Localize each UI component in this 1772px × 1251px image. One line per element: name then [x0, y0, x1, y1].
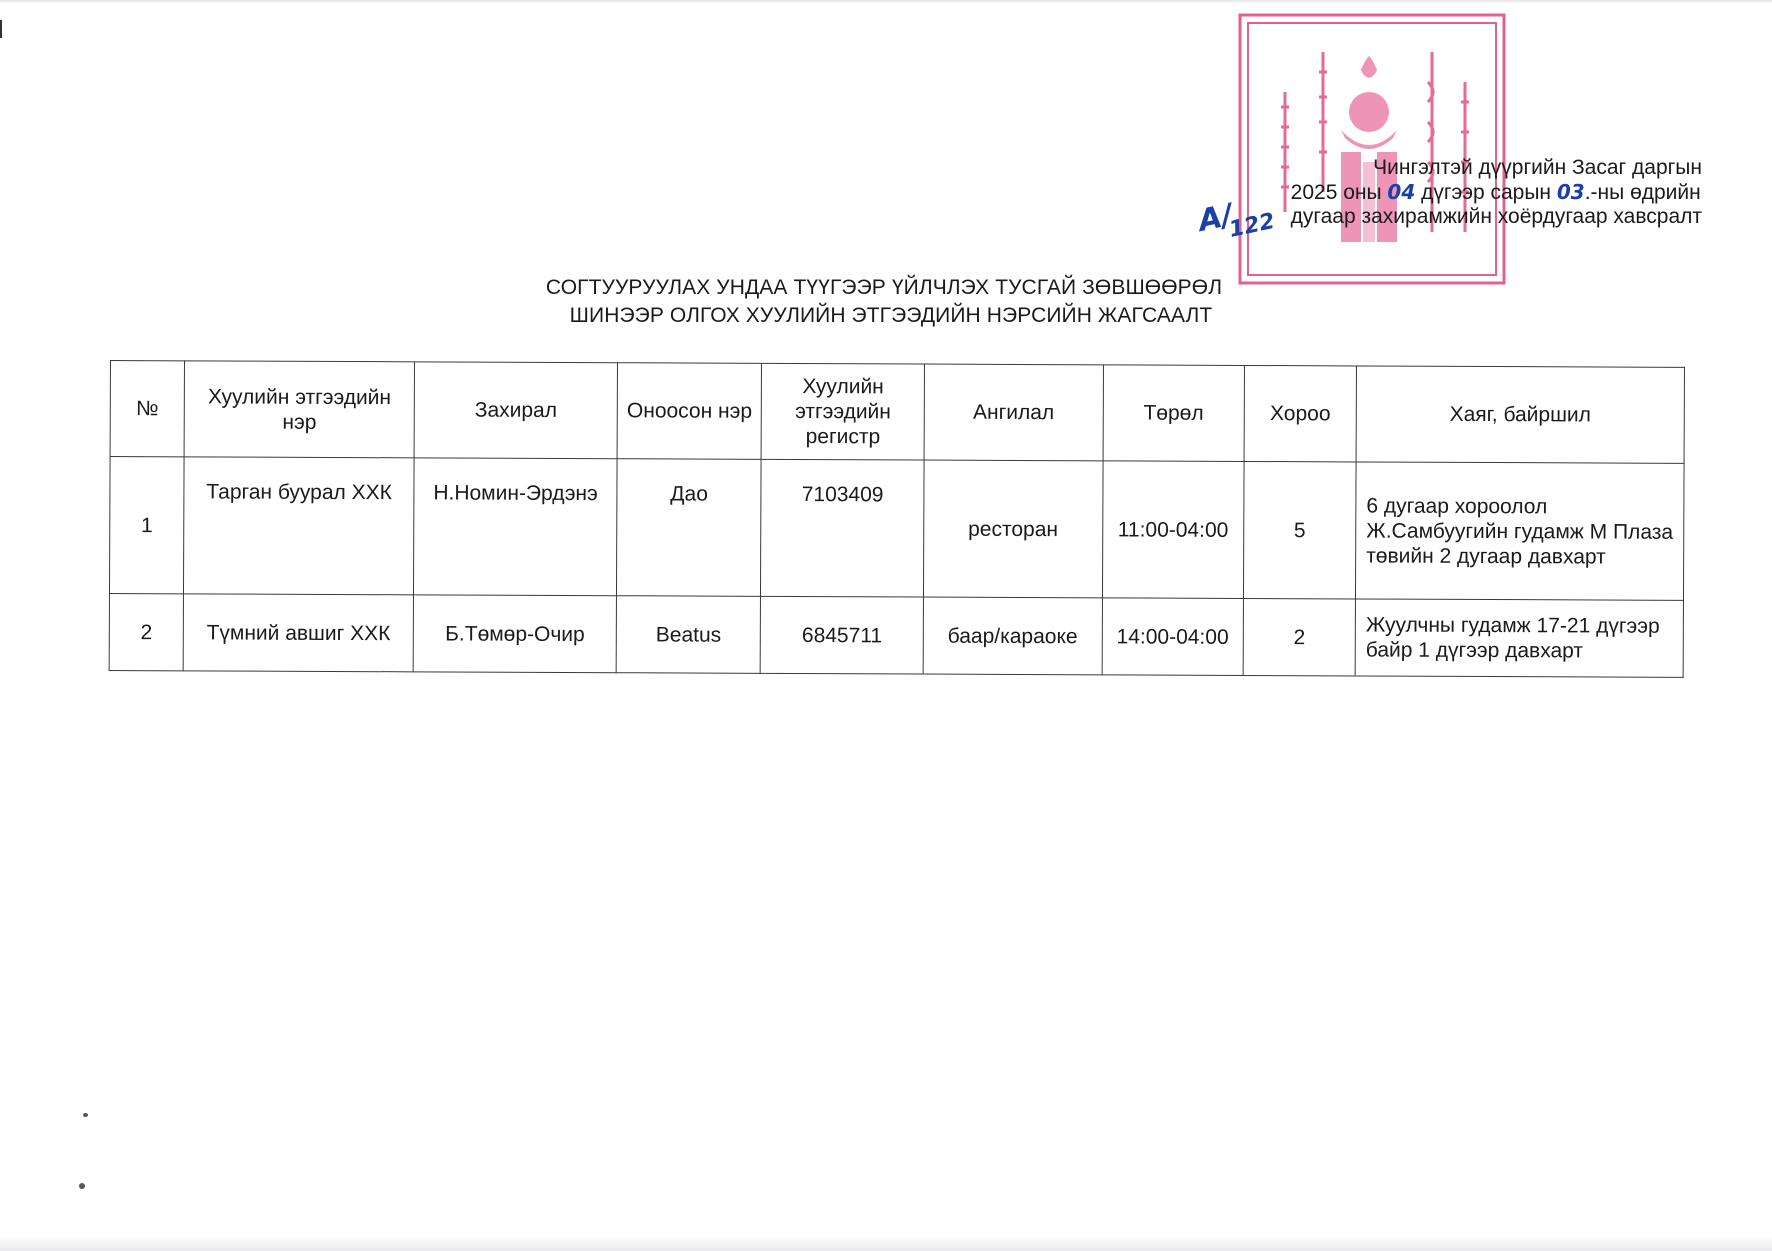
- scan-edge-top: [0, 0, 1772, 4]
- scan-speck: [79, 1183, 85, 1189]
- cell-hours: 14:00-04:00: [1102, 598, 1244, 676]
- day-label: .-ны өдрийн: [1585, 181, 1701, 204]
- cell-director: Б.Төмөр-Очир: [413, 595, 616, 673]
- document-title: СОГТУУРУУЛАХ УНДАА ТҮҮГЭЭР ҮЙЛЧЛЭХ ТУСГА…: [0, 274, 1772, 330]
- cell-khoroo: 2: [1243, 598, 1355, 675]
- header-no: №: [110, 361, 185, 457]
- handwritten-order-number: А/122: [1195, 188, 1281, 239]
- header-register: Хуулийн этгээдийн регистр: [761, 363, 924, 460]
- table-row: 1 Тарган буурал ХХК Н.Номин-Эрдэнэ Дао 7…: [109, 457, 1684, 601]
- cell-brand-name: Дао: [616, 459, 761, 597]
- cell-entity-name: Тарган буурал ХХК: [184, 457, 415, 595]
- cell-register: 7103409: [761, 459, 924, 597]
- table-row: 2 Түмний авшиг ХХК Б.Төмөр-Очир Beatus 6…: [109, 593, 1683, 677]
- year-text: 2025 оны: [1291, 181, 1382, 204]
- cell-category: баар/караоке: [923, 597, 1102, 675]
- entity-list-table: № Хуулийн этгээдийн нэр Захирал Оноосон …: [109, 360, 1685, 678]
- cell-hours: 11:00-04:00: [1102, 461, 1244, 599]
- cell-brand-name: Beatus: [616, 596, 761, 674]
- approval-line-2: 2025 оны 04 дүгээр сарын 03.-ны өдрийн: [1291, 180, 1702, 205]
- approval-line-3: дугаар захирамжийн хоёрдугаар хавсралт: [1291, 205, 1702, 229]
- approval-line-1: Чингэлтэй дүүргийн Засаг даргын: [1291, 156, 1702, 180]
- header-khoroo: Хороо: [1244, 365, 1357, 461]
- approval-block: Чингэлтэй дүүргийн Засаг даргын 2025 оны…: [1291, 156, 1702, 229]
- handwritten-day: 03: [1557, 180, 1585, 204]
- cell-khoroo: 5: [1243, 461, 1356, 598]
- title-line-1: СОГТУУРУУЛАХ УНДАА ТҮҮГЭЭР ҮЙЛЧЛЭХ ТУСГА…: [0, 274, 1772, 302]
- cell-no: 1: [109, 457, 184, 594]
- month-label: дүгээр сарын: [1421, 181, 1551, 204]
- header-category: Ангилал: [924, 364, 1103, 461]
- scan-speck: [83, 1113, 88, 1117]
- title-line-2: ШИНЭЭР ОЛГОХ ХУУЛИЙН ЭТГЭЭДИЙН НЭРСИЙН Ж…: [0, 302, 1772, 330]
- state-emblem-icon: [1237, 12, 1509, 288]
- cell-no: 2: [109, 593, 183, 670]
- table-header-row: № Хуулийн этгээдийн нэр Захирал Оноосон …: [110, 361, 1684, 464]
- header-brand-name: Оноосон нэр: [617, 363, 762, 460]
- cell-category: ресторан: [924, 460, 1103, 598]
- handwritten-month: 04: [1387, 180, 1415, 204]
- emblem-stamp: [1237, 12, 1509, 288]
- cell-entity-name: Түмний авшиг ХХК: [183, 594, 414, 672]
- header-entity-name: Хуулийн этгээдийн нэр: [184, 361, 415, 458]
- header-address: Хаяг, байршил: [1356, 366, 1684, 463]
- scan-mark: [0, 20, 2, 38]
- header-type: Төрөл: [1103, 365, 1245, 462]
- header-director: Захирал: [414, 362, 617, 459]
- scan-edge-bottom: [0, 1236, 1772, 1251]
- cell-register: 6845711: [761, 596, 924, 674]
- cell-address: 6 дугаар хороолол Ж.Самбуугийн гудамж М …: [1356, 462, 1685, 600]
- cell-address: Жуулчны гудамж 17-21 дүгээр байр 1 дүгээ…: [1355, 599, 1683, 677]
- cell-director: Н.Номин-Эрдэнэ: [414, 458, 617, 596]
